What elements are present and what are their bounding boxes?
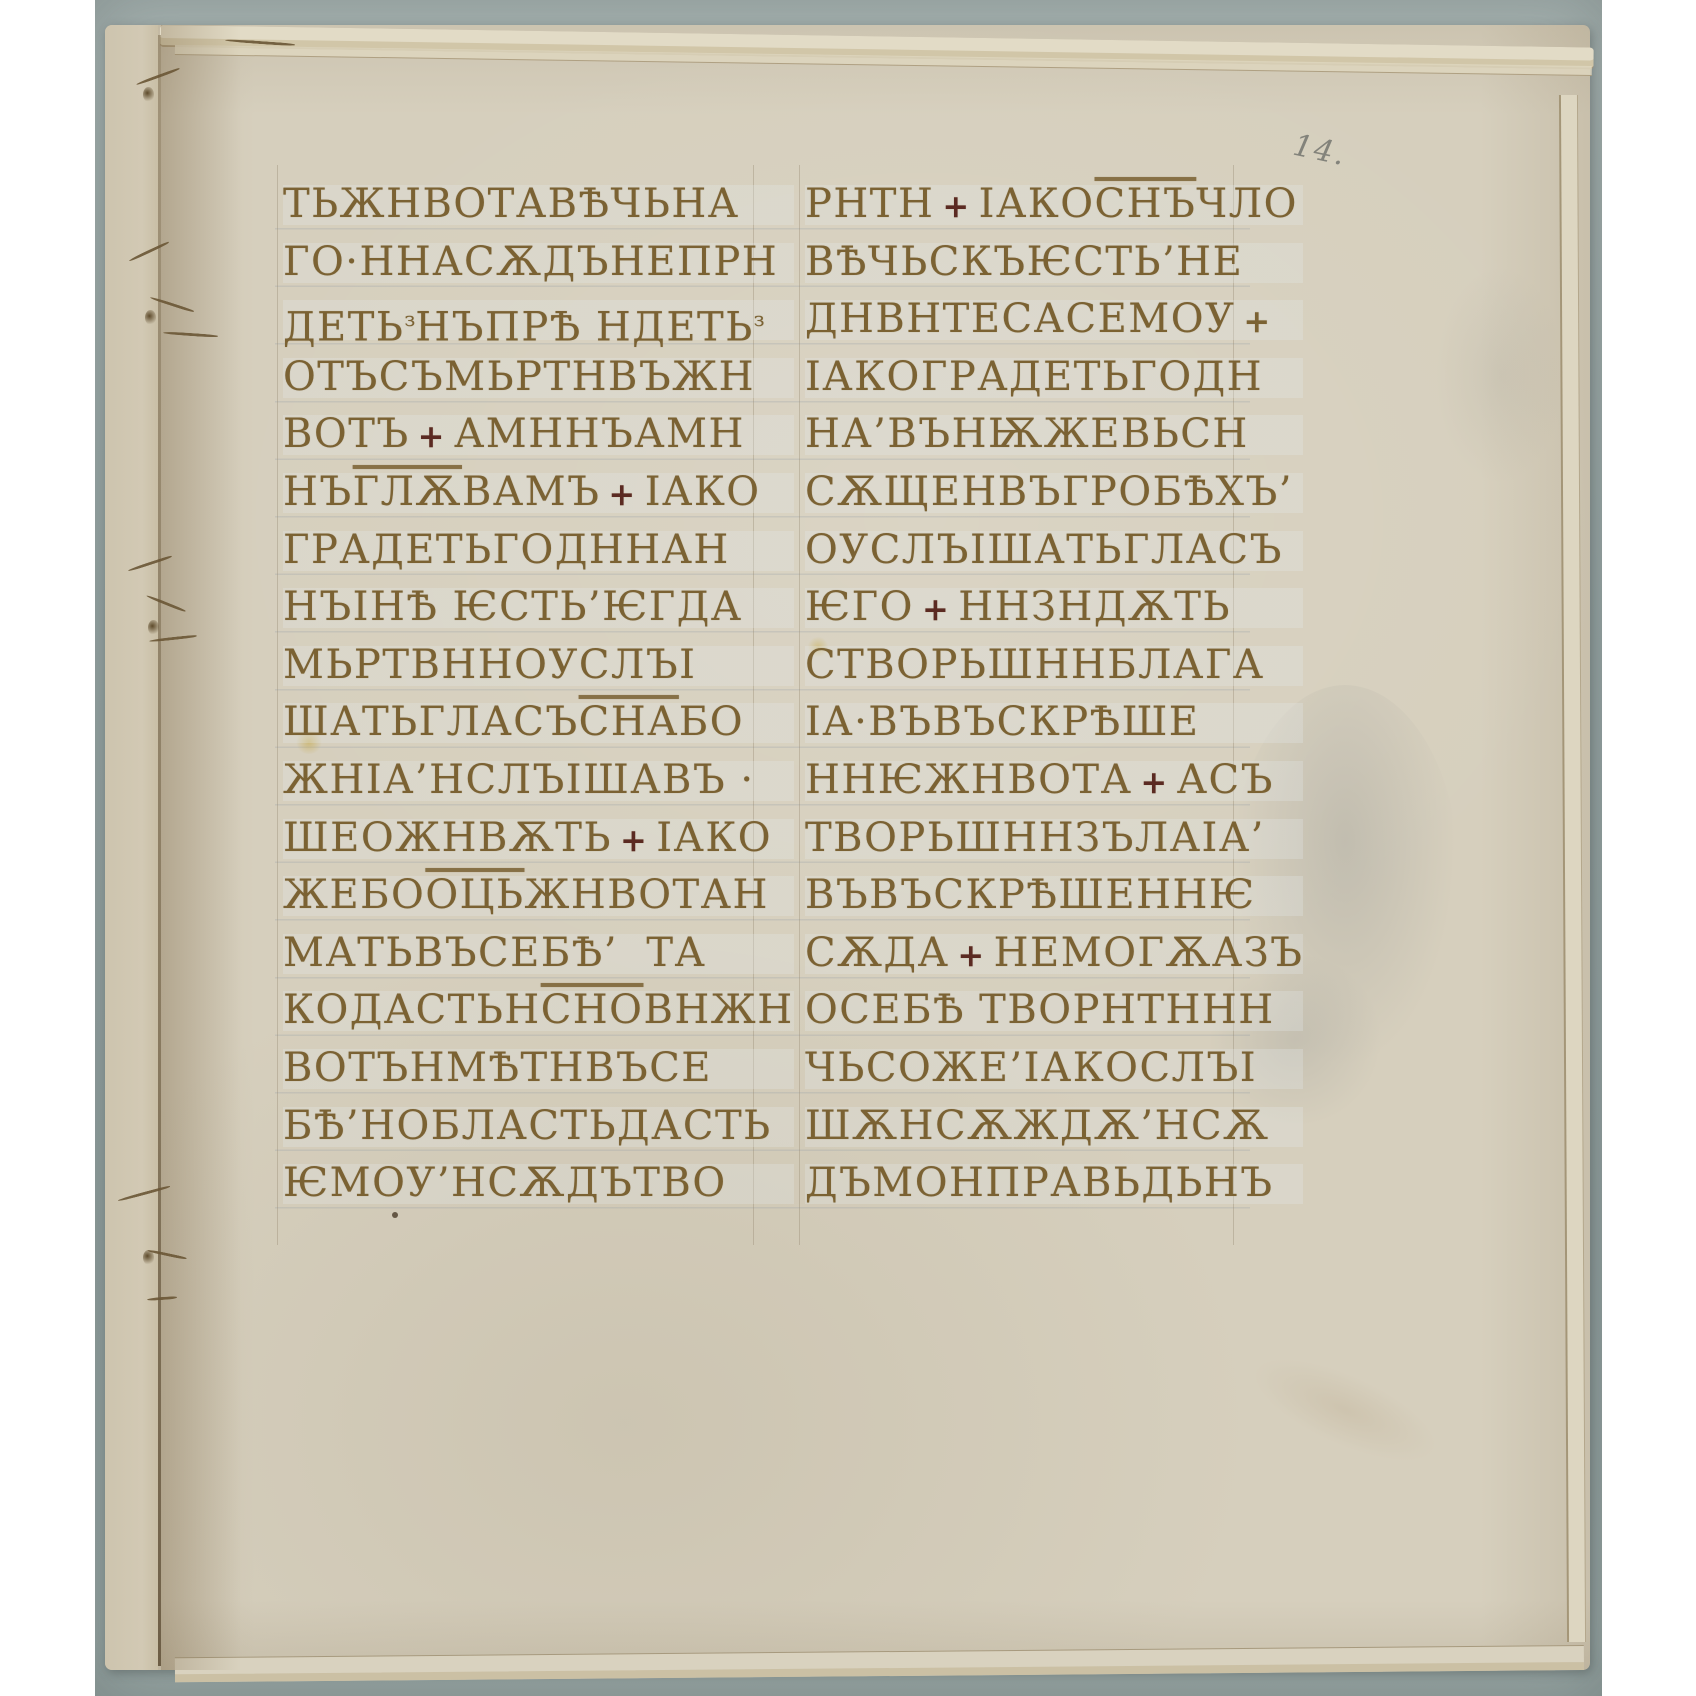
text-segment: МАТЬВЪСЕБѢ’ ТА (283, 930, 706, 976)
ink-speck (392, 1212, 398, 1218)
text-line: ѤГО+ННЗНДѪТЬ (805, 579, 1303, 637)
text-segment: ННЗНДѪТЬ (958, 584, 1231, 630)
text-segment: ОУСЛЪІШАТЬГЛАСЪ (805, 527, 1283, 573)
text-segment: АСЪ (1177, 757, 1274, 803)
text-segment: ГЛѪ (353, 469, 462, 515)
text-line: НА’ВЪНѬЖЕВЬСН (805, 406, 1303, 464)
gutter-shadow (161, 25, 241, 1670)
text-segment: ГРАДЕТЬГОДННАН (283, 527, 730, 573)
photo-backdrop: 14. ТЬЖНВОТАВѢЧЬНАГО·ННАСѪДЪНЕПРНДЕТЬзНЪ… (95, 0, 1602, 1696)
text-segment: СѪДА (805, 930, 949, 976)
text-segment: з (754, 307, 765, 331)
text-segment: СѪЩЕНВЪГРОБѢХЪ’ (805, 469, 1293, 515)
text-line: СѪДА+НЕМОГѪАЗЪ (805, 925, 1303, 983)
text-line: ЖНІА’НСЛЪІШАВЪ · (283, 752, 794, 810)
parchment-stain (1435, 265, 1565, 485)
text-segment: з (404, 307, 415, 331)
folio-number: 14. (1290, 128, 1350, 173)
text-line: СТВОРЬШННБЛАГА (805, 637, 1303, 695)
text-segment: НА’ВЪНѬЖЕВЬСН (805, 411, 1249, 457)
spine-fold-line (158, 35, 161, 1666)
text-segment: ГО·ННАСѪДЪНЕПРН (283, 239, 778, 285)
rubric-cross: + (949, 936, 993, 974)
text-column-left: ТЬЖНВОТАВѢЧЬНАГО·ННАСѪДЪНЕПРНДЕТЬзНЪПРѢ … (283, 176, 794, 1213)
scan-canvas: 14. ТЬЖНВОТАВѢЧЬНАГО·ННАСѪДЪНЕПРНДЕТЬзНЪ… (0, 0, 1696, 1696)
text-line: НЪГЛѪВАМЪ+ІАКО (283, 464, 794, 522)
text-segment: ІАКО (645, 469, 761, 515)
text-segment: ІАКОГРАДЕТЬГОДН (805, 354, 1263, 400)
text-line: ННѤЖНВОТА+АСЪ (805, 752, 1303, 810)
text-segment: ЖНВОТАН (524, 872, 768, 918)
text-segment: ІА·ВЪВЪСКРѢШЕ (805, 699, 1199, 745)
text-segment: ОЦЬ (425, 872, 524, 918)
text-segment: ОСЕБѢ ТВОРНТННН (805, 987, 1275, 1033)
sewing-knot (148, 620, 159, 635)
text-line: БѢ’НОБЛАСТЬДАСТЬ (283, 1098, 794, 1156)
text-line: ЖЕБООЦЬЖНВОТАН (283, 867, 794, 925)
text-segment: БО (679, 699, 744, 745)
text-segment: ВОТЪ (283, 411, 410, 457)
text-segment: ВѢЧЬСКЪѤСТЬ’НЕ (805, 239, 1243, 285)
text-segment: ВЪВЪСКРѢШЕННѤ (805, 872, 1256, 918)
text-line: ВѢЧЬСКЪѤСТЬ’НЕ (805, 234, 1303, 292)
text-line: МАТЬВЪСЕБѢ’ ТА (283, 925, 794, 983)
text-segment: СНО (541, 987, 644, 1033)
sewing-knot (143, 1250, 154, 1265)
text-segment: РНТН (805, 181, 934, 227)
page-edge-right (1559, 95, 1586, 1642)
text-line: ТЬЖНВОТАВѢЧЬНА (283, 176, 794, 234)
text-segment: ЧЬСОЖЕ’ІАКОСЛЪІ (805, 1045, 1257, 1091)
text-segment: ОТЪСЪМЬРТНВЪЖН (283, 354, 755, 400)
text-segment: ЖНІА’НСЛЪІШАВЪ · (283, 757, 755, 803)
text-segment: ШАТЬГЛАСЪ (283, 699, 579, 745)
text-segment: ІАКО (979, 181, 1095, 227)
text-line: ШАТЬГЛАСЪСНАБО (283, 694, 794, 752)
text-segment: ДНВНТЕСАСЕМОУ (805, 296, 1235, 342)
parchment-stain (1239, 1337, 1450, 1482)
text-segment: АМННЪАМН (454, 411, 745, 457)
sewing-knot (145, 310, 156, 325)
manuscript-page: 14. ТЬЖНВОТАВѢЧЬНАГО·ННАСѪДЪНЕПРНДЕТЬзНЪ… (105, 25, 1590, 1670)
rubric-cross: + (914, 590, 958, 628)
text-segment: ННѤЖНВОТА (805, 757, 1132, 803)
text-line: ОТЪСЪМЬРТНВЪЖН (283, 349, 794, 407)
text-segment: ѤМОУ’НСѪДЪТВО (283, 1160, 727, 1206)
text-line: ІАКОГРАДЕТЬГОДН (805, 349, 1303, 407)
binding-stub (105, 25, 158, 1670)
ruling-vertical (799, 165, 800, 1245)
text-line: ВЪВЪСКРѢШЕННѤ (805, 867, 1303, 925)
text-segment: ВАМЪ (462, 469, 600, 515)
rubric-cross: + (612, 821, 656, 859)
text-line: ГО·ННАСѪДЪНЕПРН (283, 234, 794, 292)
text-line: ѤМОУ’НСѪДЪТВО (283, 1155, 794, 1213)
text-line: СѪЩЕНВЪГРОБѢХЪ’ (805, 464, 1303, 522)
rubric-cross: + (1132, 763, 1176, 801)
text-segment: ДЕТЬ (283, 305, 404, 351)
text-line: ДЪМОНПРАВЬДЬНЪ (805, 1155, 1303, 1213)
text-segment: ШѪНСѪЖДѪ’НСѪ (805, 1103, 1270, 1149)
text-line: ІА·ВЪВЪСКРѢШЕ (805, 694, 1303, 752)
rubric-cross: + (600, 475, 644, 513)
sewing-knot (143, 87, 154, 102)
text-segment: БѢ’НОБЛАСТЬДАСТЬ (283, 1103, 772, 1149)
text-line: ОСЕБѢ ТВОРНТННН (805, 982, 1303, 1040)
text-segment: НЕМОГѪАЗЪ (994, 930, 1304, 976)
text-segment: ЧЛО (1196, 181, 1298, 227)
rubric-cross: + (1235, 302, 1279, 340)
text-segment: НЪПРѢ НДЕТЬ (415, 305, 753, 351)
text-segment: СТВОРЬШННБЛАГА (805, 642, 1265, 688)
text-line: ГРАДЕТЬГОДННАН (283, 522, 794, 580)
text-line: ЧЬСОЖЕ’ІАКОСЛЪІ (805, 1040, 1303, 1098)
ruling-vertical (277, 165, 278, 1245)
text-line: ШѪНСѪЖДѪ’НСѪ (805, 1098, 1303, 1156)
page-edge-bottom (175, 1645, 1584, 1682)
text-line: ДНВНТЕСАСЕМОУ+ (805, 291, 1303, 349)
text-segment: ДЪМОНПРАВЬДЬНЪ (805, 1160, 1274, 1206)
text-segment: ЖЕБО (283, 872, 425, 918)
text-segment: ВОТЪНМѢТНВЪСЕ (283, 1045, 712, 1091)
text-segment: ТЬЖНВОТАВѢЧЬНА (283, 181, 740, 227)
text-line: ВОТЪНМѢТНВЪСЕ (283, 1040, 794, 1098)
text-line: РНТН+ІАКОСНЪЧЛО (805, 176, 1303, 234)
text-segment: ШЕОЖНВѪТЬ (283, 815, 612, 861)
text-line: НЪІНѢ ѤСТЬ’ѤГДА (283, 579, 794, 637)
text-segment: КОДАСТЬН (283, 987, 541, 1033)
text-line: ДЕТЬзНЪПРѢ НДЕТЬз (283, 291, 794, 349)
text-segment: ІАКО (656, 815, 772, 861)
text-segment: СНА (579, 699, 679, 745)
text-line: ТВОРЬШННЗЪЛАІА’ (805, 810, 1303, 868)
text-segment: ѤГО (805, 584, 914, 630)
text-line: ВОТЪ+АМННЪАМН (283, 406, 794, 464)
text-line: ОУСЛЪІШАТЬГЛАСЪ (805, 522, 1303, 580)
text-segment: ВНЖН (643, 987, 793, 1033)
text-segment: НЪІНѢ ѤСТЬ’ѤГДА (283, 584, 743, 630)
text-segment: НЪ (283, 469, 353, 515)
text-line: КОДАСТЬНСНОВНЖН (283, 982, 794, 1040)
text-line: МЬРТВННОУСЛЪІ (283, 637, 794, 695)
text-line: ШЕОЖНВѪТЬ+ІАКО (283, 810, 794, 868)
text-column-right: РНТН+ІАКОСНЪЧЛОВѢЧЬСКЪѤСТЬ’НЕДНВНТЕСАСЕМ… (805, 176, 1303, 1213)
rubric-cross: + (410, 417, 454, 455)
text-segment: МЬРТВННОУСЛЪІ (283, 642, 696, 688)
rubric-cross: + (934, 187, 978, 225)
text-segment: СНЪ (1095, 181, 1197, 227)
text-segment: ТВОРЬШННЗЪЛАІА’ (805, 815, 1265, 861)
